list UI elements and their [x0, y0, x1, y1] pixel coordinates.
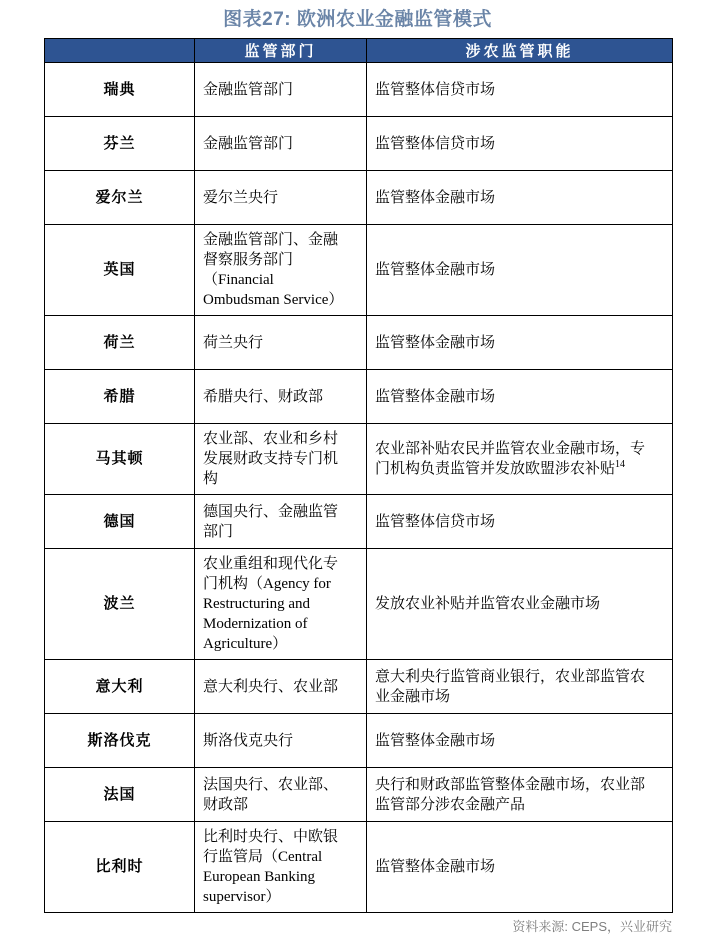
table-row: 意大利 意大利央行、农业部 意大利央行监管商业银行，农业部监管农业金融市场: [45, 660, 673, 714]
country-cell: 意大利: [45, 660, 195, 714]
regulator-cell: 荷兰央行: [195, 316, 367, 370]
function-cell: 监管整体金融市场: [367, 822, 673, 913]
table-row: 希腊 希腊央行、财政部 监管整体金融市场: [45, 370, 673, 424]
country-cell: 马其顿: [45, 424, 195, 495]
table-row: 荷兰 荷兰央行 监管整体金融市场: [45, 316, 673, 370]
country-cell: 法国: [45, 768, 195, 822]
function-cell: 监管整体金融市场: [367, 316, 673, 370]
country-cell: 瑞典: [45, 63, 195, 117]
function-text: 央行和财政部监管整体金融市场，农业部监管部分涉农金融产品: [375, 777, 645, 813]
table-row: 法国 法国央行、农业部、财政部 央行和财政部监管整体金融市场，农业部监管部分涉农…: [45, 768, 673, 822]
figure-title: 图表27: 欧洲农业金融监管模式: [0, 4, 715, 31]
regulator-cell: 法国央行、农业部、财政部: [195, 768, 367, 822]
header-function: 涉农监管职能: [367, 39, 673, 63]
function-text: 监管整体信贷市场: [375, 82, 495, 98]
table-row: 芬兰 金融监管部门 监管整体信贷市场: [45, 117, 673, 171]
country-cell: 德国: [45, 495, 195, 549]
country-cell: 荷兰: [45, 316, 195, 370]
function-text: 监管整体金融市场: [375, 859, 495, 875]
table-row: 波兰 农业重组和现代化专门机构（Agency for Restructuring…: [45, 549, 673, 660]
function-cell: 农业部补贴农民并监管农业金融市场，专门机构负责监管并发放欧盟涉农补贴14: [367, 424, 673, 495]
function-text: 意大利央行监管商业银行，农业部监管农业金融市场: [375, 669, 645, 705]
function-cell: 监管整体信贷市场: [367, 63, 673, 117]
table-row: 斯洛伐克 斯洛伐克央行 监管整体金融市场: [45, 714, 673, 768]
function-cell: 监管整体金融市场: [367, 370, 673, 424]
country-cell: 爱尔兰: [45, 171, 195, 225]
table-row: 瑞典 金融监管部门 监管整体信贷市场: [45, 63, 673, 117]
table-row: 英国 金融监管部门、金融督察服务部门（Financial Ombudsman S…: [45, 225, 673, 316]
source-note: 资料来源: CEPS，兴业研究: [512, 916, 672, 935]
footnote-ref: 14: [615, 459, 625, 470]
header-row: 监管部门 涉农监管职能: [45, 39, 673, 63]
function-cell: 央行和财政部监管整体金融市场，农业部监管部分涉农金融产品: [367, 768, 673, 822]
country-cell: 比利时: [45, 822, 195, 913]
function-text: 监管整体信贷市场: [375, 514, 495, 530]
function-text: 监管整体金融市场: [375, 335, 495, 351]
function-text: 监管整体金融市场: [375, 733, 495, 749]
function-text: 监管整体金融市场: [375, 190, 495, 206]
regulator-cell: 金融监管部门: [195, 63, 367, 117]
header-country: [45, 39, 195, 63]
table-row: 爱尔兰 爱尔兰央行 监管整体金融市场: [45, 171, 673, 225]
regulator-cell: 金融监管部门、金融督察服务部门（Financial Ombudsman Serv…: [195, 225, 367, 316]
function-text: 农业部补贴农民并监管农业金融市场，专门机构负责监管并发放欧盟涉农补贴: [375, 441, 645, 477]
regulator-cell: 爱尔兰央行: [195, 171, 367, 225]
table-row: 比利时 比利时央行、中欧银行监管局（Central European Banki…: [45, 822, 673, 913]
regulator-cell: 农业重组和现代化专门机构（Agency for Restructuring an…: [195, 549, 367, 660]
function-cell: 发放农业补贴并监管农业金融市场: [367, 549, 673, 660]
regulator-cell: 斯洛伐克央行: [195, 714, 367, 768]
function-text: 监管整体信贷市场: [375, 136, 495, 152]
regulator-cell: 农业部、农业和乡村发展财政支持专门机构: [195, 424, 367, 495]
regulator-cell: 金融监管部门: [195, 117, 367, 171]
table-row: 马其顿 农业部、农业和乡村发展财政支持专门机构 农业部补贴农民并监管农业金融市场…: [45, 424, 673, 495]
country-cell: 希腊: [45, 370, 195, 424]
function-cell: 监管整体金融市场: [367, 171, 673, 225]
country-cell: 英国: [45, 225, 195, 316]
table-row: 德国 德国央行、金融监管部门 监管整体信贷市场: [45, 495, 673, 549]
function-cell: 监管整体金融市场: [367, 225, 673, 316]
function-text: 监管整体金融市场: [375, 389, 495, 405]
function-cell: 监管整体信贷市场: [367, 495, 673, 549]
function-cell: 监管整体金融市场: [367, 714, 673, 768]
regulator-cell: 希腊央行、财政部: [195, 370, 367, 424]
regulator-cell: 比利时央行、中欧银行监管局（Central European Banking s…: [195, 822, 367, 913]
country-cell: 波兰: [45, 549, 195, 660]
regulator-cell: 意大利央行、农业部: [195, 660, 367, 714]
country-cell: 芬兰: [45, 117, 195, 171]
regulation-table-container: 监管部门 涉农监管职能 瑞典 金融监管部门 监管整体信贷市场 芬兰 金融监管部门…: [44, 38, 673, 913]
regulator-cell: 德国央行、金融监管部门: [195, 495, 367, 549]
function-text: 发放农业补贴并监管农业金融市场: [375, 596, 600, 612]
header-regulator: 监管部门: [195, 39, 367, 63]
country-cell: 斯洛伐克: [45, 714, 195, 768]
function-cell: 监管整体信贷市场: [367, 117, 673, 171]
function-cell: 意大利央行监管商业银行，农业部监管农业金融市场: [367, 660, 673, 714]
function-text: 监管整体金融市场: [375, 262, 495, 278]
regulation-table: 监管部门 涉农监管职能 瑞典 金融监管部门 监管整体信贷市场 芬兰 金融监管部门…: [44, 38, 673, 913]
